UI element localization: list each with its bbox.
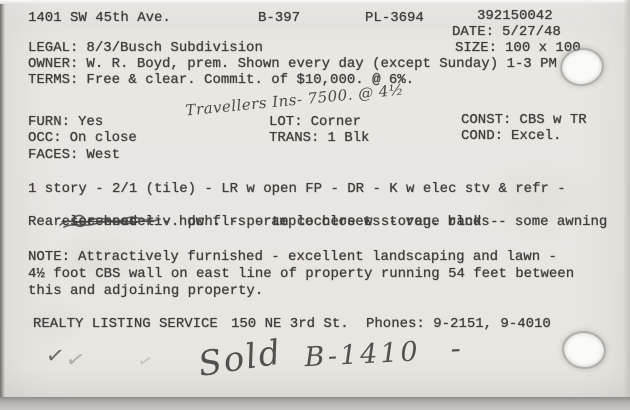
handwritten-sold-note: Sold B-1410 - <box>197 327 461 381</box>
owner-value: W. R. Boyd, prem. Shown every day (excep… <box>86 56 556 72</box>
furn-value: Yes <box>78 114 103 130</box>
note-line-3: this and adjoining property. <box>28 283 263 299</box>
note-line-1: NOTE:Attractively furnished - excellent … <box>28 249 557 265</box>
const-field: CONST:CBS w TR <box>461 112 587 128</box>
sold-word: Sold <box>196 332 286 385</box>
faces-value: West <box>86 147 120 163</box>
checkmark-icon: ✓ <box>64 346 87 374</box>
legal-value: 8/3/Busch Subdivision <box>86 40 262 56</box>
trans-field: TRANS:1 Blk <box>269 130 369 146</box>
book-number: B-397 <box>258 10 300 26</box>
size-label: SIZE: <box>455 40 497 56</box>
description-line-1: 1 story - 2/1 (tile) - LR w open FP - DR… <box>28 181 566 197</box>
furn-field: FURN:Yes <box>28 114 103 130</box>
terms-label: TERMS: <box>28 72 78 88</box>
lot-label: LOT: <box>269 114 303 130</box>
cond-value: Excel. <box>511 128 561 144</box>
cond-label: COND: <box>461 128 503 144</box>
card-left-edge <box>0 4 5 398</box>
description-line-3: Rear screened liv. pch. - porte cochere … <box>28 214 498 230</box>
card-top-edge <box>0 0 630 4</box>
owner-field: OWNER:W. R. Boyd, prem. Shown every day … <box>28 56 557 72</box>
card-right-edge <box>623 0 630 400</box>
property-address: 1401 SW 45th Ave. <box>28 10 171 26</box>
lot-field: LOT:Corner <box>269 114 361 130</box>
occ-label: OCC: <box>28 130 62 146</box>
const-label: CONST: <box>461 112 511 128</box>
const-value: CBS w TR <box>519 112 586 128</box>
legal-label: LEGAL: <box>28 40 78 56</box>
hole-punch-bottom <box>562 331 605 369</box>
trans-value: 1 Blk <box>327 130 369 146</box>
furn-label: FURN: <box>28 114 70 130</box>
date-value: 5/27/48 <box>502 24 561 40</box>
plat-number: PL-3694 <box>365 10 424 26</box>
sold-dash: - <box>450 331 462 366</box>
note-line-2: 4½ foot CBS wall on east line of propert… <box>28 266 574 282</box>
card-bottom-edge <box>0 397 630 410</box>
cond-field: COND:Excel. <box>461 128 561 144</box>
faces-label: FACES: <box>28 147 78 163</box>
legal-field: LEGAL:8/3/Busch Subdivision <box>28 40 263 56</box>
date-label: DATE: <box>452 24 494 40</box>
faces-field: FACES:West <box>28 147 120 163</box>
office-address: 150 NE 3rd St. <box>231 316 349 332</box>
occ-value: On close <box>70 130 137 146</box>
checkmark-icon: ✓ <box>44 343 66 370</box>
serial-number: 392150042 <box>477 8 553 24</box>
size-field: SIZE:100 x 100 <box>455 40 581 56</box>
agency-name: REALTY LISTING SERVICE <box>33 316 218 332</box>
occ-field: OCC:On close <box>28 130 137 146</box>
sold-reference: B-1410 <box>304 336 422 373</box>
listing-card: 1401 SW 45th Ave. B-397 PL-3694 39215004… <box>0 0 630 410</box>
checkmark-icon: ✓ <box>135 350 155 373</box>
trans-label: TRANS: <box>269 130 319 146</box>
lot-value: Corner <box>311 114 361 130</box>
date-field: DATE:5/27/48 <box>452 24 561 40</box>
note-label: NOTE: <box>28 249 70 265</box>
note-line-1-text: Attractively furnished - excellent lands… <box>78 249 557 265</box>
owner-label: OWNER: <box>28 56 78 72</box>
